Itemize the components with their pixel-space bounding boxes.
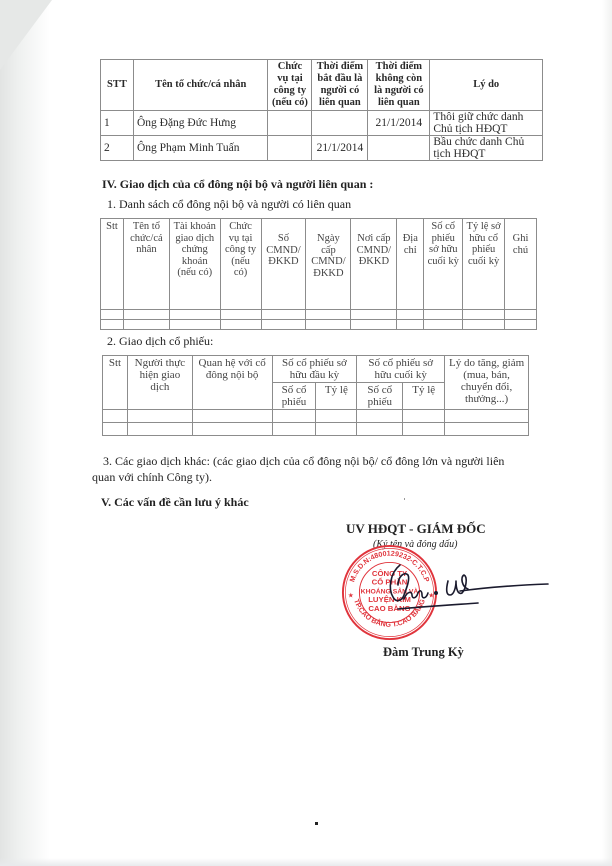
- header-shares-end: Số cổ phiếu sở hữu cuối kỳ: [424, 219, 463, 310]
- cell-stt: 2: [101, 136, 134, 161]
- header-relation: Quan hệ với cổ đông nội bộ: [192, 356, 272, 410]
- header-id-number: Số CMND/ ĐKKD: [261, 219, 306, 310]
- table-row: [103, 423, 529, 436]
- subsection-1-heading: 1. Danh sách cổ đông nội bộ và người có …: [107, 197, 351, 212]
- header-name: Tên tổ chức/cá nhân: [133, 60, 268, 111]
- scan-speck: [315, 822, 318, 825]
- table-row: 1 Ông Đặng Đức Hưng 21/1/2014 Thôi giữ c…: [101, 111, 543, 136]
- header-end-time: Thời điểm không còn là người có liên qua…: [368, 60, 430, 111]
- header-stt: Stt: [103, 356, 128, 410]
- header-end-shares: Số cổ phiếu: [357, 383, 403, 410]
- table-row: 2 Ông Phạm Minh Tuấn 21/1/2014 Bầu chức …: [101, 136, 543, 161]
- header-reason: Lý do tăng, giảm (mua, bán, chuyển đổi, …: [445, 356, 529, 410]
- cell-start-time: 21/1/2014: [312, 136, 368, 161]
- table-header-row: Stt Người thực hiện giao dịch Quan hệ vớ…: [103, 356, 529, 383]
- cell-name: Ông Đặng Đức Hưng: [133, 111, 268, 136]
- scan-shadow-right: [602, 0, 612, 866]
- handwritten-signature-icon: [360, 555, 550, 625]
- table-header-row: Stt Tên tổ chức/cá nhân Tài khoản giao d…: [101, 219, 537, 310]
- header-start-ratio: Tỷ lệ: [316, 383, 357, 410]
- table-row: [101, 320, 537, 330]
- header-stt: STT: [101, 60, 134, 111]
- share-transactions-table: Stt Người thực hiện giao dịch Quan hệ vớ…: [102, 355, 529, 436]
- header-id-place: Nơi cấp CMND/ ĐKKD: [351, 219, 397, 310]
- header-address: Địa chỉ: [397, 219, 424, 310]
- cell-position: [268, 111, 312, 136]
- cell-position: [268, 136, 312, 161]
- signer-name: Đàm Trung Kỳ: [383, 645, 464, 660]
- cell-start-time: [312, 111, 368, 136]
- svg-text:★: ★: [348, 592, 354, 599]
- signer-title: UV HĐQT - GIÁM ĐỐC: [346, 521, 486, 537]
- header-position: Chức vụ tại công ty (nếu có): [268, 60, 312, 111]
- header-shares-start-group: Số cổ phiếu sở hữu đầu kỳ: [272, 356, 357, 383]
- header-start-shares: Số cổ phiếu: [272, 383, 316, 410]
- scan-shadow-bottom: [0, 858, 612, 866]
- header-ratio-end: Tỷ lệ sở hữu cổ phiếu cuối kỳ: [463, 219, 505, 310]
- header-reason: Lý do: [430, 60, 543, 111]
- header-start-time: Thời điểm bắt đầu là người có liên quan: [312, 60, 368, 111]
- scan-corner-fold: [0, 0, 52, 70]
- section-iv-heading: IV. Giao dịch của cổ đông nội bộ và ngườ…: [102, 177, 373, 192]
- header-shares-end-group: Số cổ phiếu sở hữu cuối kỳ: [357, 356, 445, 383]
- scan-shadow-left: [0, 0, 60, 866]
- header-position: Chức vụ tại công ty (nếu có): [220, 219, 261, 310]
- insider-shareholders-table: Stt Tên tổ chức/cá nhân Tài khoản giao d…: [100, 218, 537, 330]
- cell-stt: 1: [101, 111, 134, 136]
- cell-name: Ông Phạm Minh Tuấn: [133, 136, 268, 161]
- scan-speck: [404, 498, 405, 500]
- cell-reason: Thôi giữ chức danh Chủ tịch HĐQT: [430, 111, 543, 136]
- header-trading-account: Tài khoản giao dịch chứng khoán (nếu có): [169, 219, 220, 310]
- cell-reason: Bầu chức danh Chủ tịch HĐQT: [430, 136, 543, 161]
- header-name: Tên tổ chức/cá nhân: [123, 219, 169, 310]
- header-id-date: Ngày cấp CMND/ ĐKKD: [306, 219, 351, 310]
- subsection-2-heading: 2. Giao dịch cổ phiếu:: [107, 334, 213, 349]
- subsection-3-line1: 3. Các giao dịch khác: (các giao dịch củ…: [103, 454, 504, 469]
- related-persons-table: STT Tên tổ chức/cá nhân Chức vụ tại công…: [100, 59, 543, 161]
- table-row: [103, 410, 529, 423]
- cell-end-time: [368, 136, 430, 161]
- table-header-row: STT Tên tổ chức/cá nhân Chức vụ tại công…: [101, 60, 543, 111]
- table-row: [101, 310, 537, 320]
- header-stt: Stt: [101, 219, 124, 310]
- section-v-heading: V. Các vấn đề cần lưu ý khác: [101, 495, 249, 510]
- subsection-3-line2: quan với chính Công ty).: [92, 470, 212, 485]
- cell-end-time: 21/1/2014: [368, 111, 430, 136]
- header-executor: Người thực hiện giao dịch: [127, 356, 192, 410]
- header-end-ratio: Tỷ lệ: [403, 383, 445, 410]
- header-notes: Ghi chú: [505, 219, 537, 310]
